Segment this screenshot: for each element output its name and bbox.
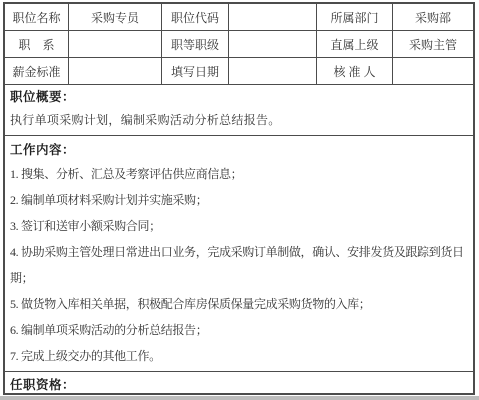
duty-item-1: 1. 搜集、分析、汇总及考察评估供应商信息； <box>10 161 467 187</box>
page-bottom-edge <box>0 396 479 400</box>
job-grade-value <box>229 31 317 58</box>
duty-item-3: 3. 签订和送审小额采购合同； <box>10 213 467 239</box>
job-grade-label: 职等职级 <box>162 31 229 58</box>
position-name-label: 职位名称 <box>5 4 69 31</box>
position-summary-body: 执行单项采购计划，编制采购活动分析总结报告。 <box>10 107 467 133</box>
position-summary-section: 职位概要： 执行单项采购计划，编制采购活动分析总结报告。 <box>5 85 473 136</box>
direct-supervisor-label: 直属上级 <box>317 31 393 58</box>
direct-supervisor-value: 采购主管 <box>393 31 473 58</box>
duty-item-2: 2. 编制单项材料采购计划并实施采购； <box>10 187 467 213</box>
department-value: 采购部 <box>393 4 473 31</box>
work-content-title: 工作内容： <box>10 139 467 161</box>
work-content-section: 工作内容： 1. 搜集、分析、汇总及考察评估供应商信息； 2. 编制单项材料采购… <box>5 136 473 372</box>
fill-date-label: 填写日期 <box>162 58 229 85</box>
duty-item-4: 4. 协助采购主管处理日常进出口业务，完成采购订单制做，确认、安排发货及跟踪到货… <box>10 239 467 291</box>
position-code-label: 职位代码 <box>162 4 229 31</box>
job-description-table: 职位名称 采购专员 职位代码 所属部门 采购部 职 系 职等职级 直属上级 采购… <box>3 2 475 395</box>
position-summary-title: 职位概要： <box>10 87 467 107</box>
header-info-grid: 职位名称 采购专员 职位代码 所属部门 采购部 职 系 职等职级 直属上级 采购… <box>5 4 473 85</box>
duty-item-5: 5. 做货物入库相关单据，积极配合库房保质保量完成采购货物的入库； <box>10 291 467 317</box>
duty-item-6: 6. 编制单项采购活动的分析总结报告； <box>10 317 467 343</box>
salary-standard-label: 薪金标准 <box>5 58 69 85</box>
job-family-label: 职 系 <box>5 31 69 58</box>
department-label: 所属部门 <box>317 4 393 31</box>
position-code-value <box>229 4 317 31</box>
document-page: 职位名称 采购专员 职位代码 所属部门 采购部 职 系 职等职级 直属上级 采购… <box>0 0 479 400</box>
salary-standard-value <box>69 58 162 85</box>
qualifications-section: 任职资格： <box>5 372 473 397</box>
job-family-value <box>69 31 162 58</box>
qualifications-title: 任职资格： <box>10 375 467 395</box>
approver-label: 核 准 人 <box>317 58 393 85</box>
fill-date-value <box>229 58 317 85</box>
position-name-value: 采购专员 <box>69 4 162 31</box>
duty-item-7: 7. 完成上级交办的其他工作。 <box>10 343 467 369</box>
approver-value <box>393 58 473 85</box>
